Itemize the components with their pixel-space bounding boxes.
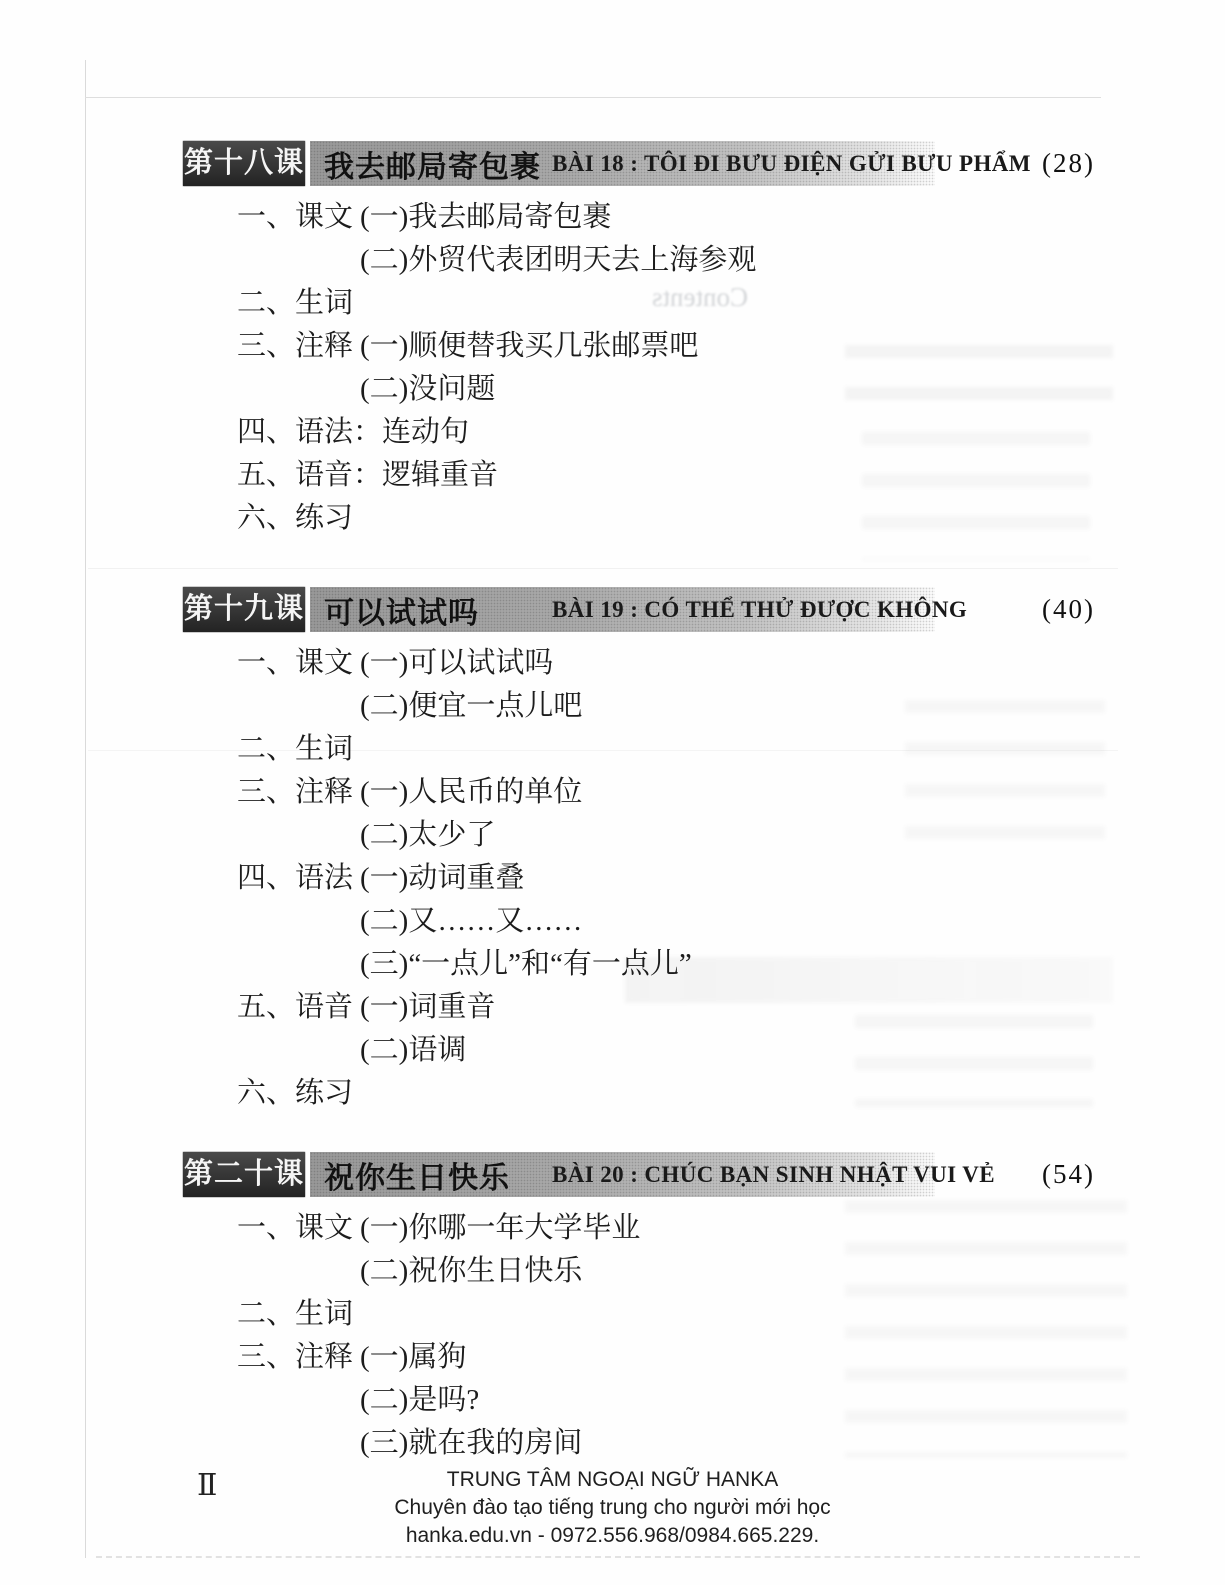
toc-row: 二、生词 xyxy=(237,1293,1095,1336)
toc-row-sub: (一)你哪一年大学毕业 xyxy=(360,1207,640,1250)
toc-row-main xyxy=(237,1029,360,1072)
lesson-number-badge: 第十八课 xyxy=(183,141,305,186)
toc-row: 三、注释(一)人民币的单位 xyxy=(237,771,1095,814)
toc-row-sub: (二)外贸代表团明天去上海参观 xyxy=(360,239,756,282)
toc-row: 二、生词 xyxy=(237,728,1095,771)
toc-row: 二、生词 xyxy=(237,282,1095,325)
toc-row-main: 五、语音：逻辑重音 xyxy=(237,454,498,497)
toc-row-main: 三、注释 xyxy=(237,1336,360,1379)
lesson-18-section: 第十八课 我去邮局寄包裹 BÀI 18 : TÔI ĐI BƯU ĐIỆN GỬ… xyxy=(183,141,1095,540)
toc-row-sub: (二)没问题 xyxy=(360,368,495,411)
toc-row-main xyxy=(237,814,360,857)
lesson-20-header: 第二十课 祝你生日快乐 BÀI 20 : CHÚC BẠN SINH NHẬT … xyxy=(183,1152,1095,1197)
toc-row: 五、语音：逻辑重音 xyxy=(237,454,1095,497)
toc-row: (二)祝你生日快乐 xyxy=(237,1250,1095,1293)
toc-row: (二)没问题 xyxy=(237,368,1095,411)
lesson-title-chinese: 可以试试吗 xyxy=(324,588,552,632)
lesson-20-section: 第二十课 祝你生日快乐 BÀI 20 : CHÚC BẠN SINH NHẬT … xyxy=(183,1152,1095,1465)
toc-row-main: 一、课文 xyxy=(237,196,360,239)
page-edge-line-vertical xyxy=(85,60,86,1558)
toc-row-sub: (二)又……又…… xyxy=(360,900,582,943)
toc-row-sub: (三)“一点儿”和“有一点儿” xyxy=(360,943,692,986)
toc-row-main: 一、课文 xyxy=(237,1207,360,1250)
scanned-toc-page: { "page": { "page_number": "Ⅱ", "ghost_t… xyxy=(0,0,1225,1585)
toc-row-main xyxy=(237,1250,360,1293)
toc-row: (二)便宜一点儿吧 xyxy=(237,685,1095,728)
lesson-page-ref: (54) xyxy=(1042,1159,1095,1190)
toc-row-main: 四、语法：连动句 xyxy=(237,411,469,454)
toc-row: 六、练习 xyxy=(237,1072,1095,1115)
lesson-title-chinese: 我去邮局寄包裹 xyxy=(324,142,552,186)
toc-row: (二)是吗? xyxy=(237,1379,1095,1422)
toc-row-sub: (一)属狗 xyxy=(360,1336,466,1379)
lesson-20-toc-rows: 一、课文(一)你哪一年大学毕业 (二)祝你生日快乐 二、生词 三、注释(一)属狗… xyxy=(183,1207,1095,1465)
lesson-title-bar: 祝你生日快乐 BÀI 20 : CHÚC BẠN SINH NHẬT VUI V… xyxy=(310,1152,935,1197)
toc-row-sub: (三)就在我的房间 xyxy=(360,1422,582,1465)
lesson-19-section: 第十九课 可以试试吗 BÀI 19 : CÓ THỂ THỬ ĐƯỢC KHÔN… xyxy=(183,587,1095,1115)
toc-row-main: 六、练习 xyxy=(237,1072,360,1115)
lesson-page-ref: (40) xyxy=(1042,594,1095,625)
footer-center-name: TRUNG TÂM NGOẠI NGỮ HANKA xyxy=(0,1466,1225,1494)
lesson-number-badge: 第十九课 xyxy=(183,587,305,632)
lesson-19-header: 第十九课 可以试试吗 BÀI 19 : CÓ THỂ THỬ ĐƯỢC KHÔN… xyxy=(183,587,1095,632)
toc-row-sub: (二)便宜一点儿吧 xyxy=(360,685,582,728)
toc-row-sub: (二)是吗? xyxy=(360,1379,479,1422)
scan-dashed-line xyxy=(96,1556,1140,1558)
lesson-title-bar: 可以试试吗 BÀI 19 : CÓ THỂ THỬ ĐƯỢC KHÔNG xyxy=(310,587,935,632)
toc-row-main: 一、课文 xyxy=(237,642,360,685)
lesson-title-chinese: 祝你生日快乐 xyxy=(324,1153,552,1197)
toc-row: (二)又……又…… xyxy=(237,900,1095,943)
toc-row: 一、课文(一)我去邮局寄包裹 xyxy=(237,196,1095,239)
toc-row: (二)太少了 xyxy=(237,814,1095,857)
page-edge-line-horizontal xyxy=(85,97,1101,98)
toc-row-main: 二、生词 xyxy=(237,728,360,771)
footer-slogan: Chuyên đào tạo tiếng trung cho người mới… xyxy=(0,1494,1225,1522)
toc-row: (二)外贸代表团明天去上海参观 xyxy=(237,239,1095,282)
lesson-title-vietnamese: BÀI 20 : CHÚC BẠN SINH NHẬT VUI VẺ xyxy=(552,1162,995,1188)
toc-row-sub: (一)人民币的单位 xyxy=(360,771,582,814)
toc-row-main: 四、语法 xyxy=(237,857,360,900)
toc-row: 三、注释(一)属狗 xyxy=(237,1336,1095,1379)
lesson-title-bar: 我去邮局寄包裹 BÀI 18 : TÔI ĐI BƯU ĐIỆN GỬI BƯU… xyxy=(310,141,935,186)
toc-row-sub: (二)祝你生日快乐 xyxy=(360,1250,582,1293)
toc-row-sub: (一)顺便替我买几张邮票吧 xyxy=(360,325,698,368)
toc-row-sub: (二)太少了 xyxy=(360,814,495,857)
lesson-title-vietnamese: BÀI 19 : CÓ THỂ THỬ ĐƯỢC KHÔNG xyxy=(552,597,967,623)
toc-row-main: 五、语音 xyxy=(237,986,360,1029)
toc-row-main: 二、生词 xyxy=(237,1293,360,1336)
toc-row-main xyxy=(237,1379,360,1422)
toc-row-sub: (一)动词重叠 xyxy=(360,857,524,900)
toc-row-sub: (一)可以试试吗 xyxy=(360,642,553,685)
toc-row: 一、课文(一)你哪一年大学毕业 xyxy=(237,1207,1095,1250)
toc-row: 三、注释(一)顺便替我买几张邮票吧 xyxy=(237,325,1095,368)
toc-row: 四、语法(一)动词重叠 xyxy=(237,857,1095,900)
footer-contact: hanka.edu.vn - 0972.556.968/0984.665.229… xyxy=(0,1522,1225,1550)
toc-row: 四、语法：连动句 xyxy=(237,411,1095,454)
toc-row-main: 六、练习 xyxy=(237,497,360,540)
toc-row: (三)就在我的房间 xyxy=(237,1422,1095,1465)
toc-row-main xyxy=(237,685,360,728)
scan-streak xyxy=(88,568,1118,569)
toc-row-main xyxy=(237,239,360,282)
toc-row-main: 三、注释 xyxy=(237,771,360,814)
lesson-19-toc-rows: 一、课文(一)可以试试吗 (二)便宜一点儿吧 二、生词 三、注释(一)人民币的单… xyxy=(183,642,1095,1115)
toc-row: (二)语调 xyxy=(237,1029,1095,1072)
footer: TRUNG TÂM NGOẠI NGỮ HANKA Chuyên đào tạo… xyxy=(0,1466,1225,1550)
toc-row-sub: (一)词重音 xyxy=(360,986,495,1029)
lesson-title-vietnamese: BÀI 18 : TÔI ĐI BƯU ĐIỆN GỬI BƯU PHẨM xyxy=(552,151,1031,177)
toc-row: 一、课文(一)可以试试吗 xyxy=(237,642,1095,685)
lesson-page-ref: (28) xyxy=(1042,148,1095,179)
toc-row-sub: (二)语调 xyxy=(360,1029,466,1072)
toc-row: (三)“一点儿”和“有一点儿” xyxy=(237,943,1095,986)
lesson-18-header: 第十八课 我去邮局寄包裹 BÀI 18 : TÔI ĐI BƯU ĐIỆN GỬ… xyxy=(183,141,1095,186)
toc-row-main xyxy=(237,1422,360,1465)
toc-row-main xyxy=(237,943,360,986)
lesson-18-toc-rows: 一、课文(一)我去邮局寄包裹 (二)外贸代表团明天去上海参观 二、生词 三、注释… xyxy=(183,196,1095,540)
toc-row-main: 二、生词 xyxy=(237,282,360,325)
toc-row-main xyxy=(237,900,360,943)
lesson-number-badge: 第二十课 xyxy=(183,1152,305,1197)
toc-row-main xyxy=(237,368,360,411)
toc-row: 五、语音(一)词重音 xyxy=(237,986,1095,1029)
toc-row-main: 三、注释 xyxy=(237,325,360,368)
toc-row-sub: (一)我去邮局寄包裹 xyxy=(360,196,611,239)
toc-row: 六、练习 xyxy=(237,497,1095,540)
